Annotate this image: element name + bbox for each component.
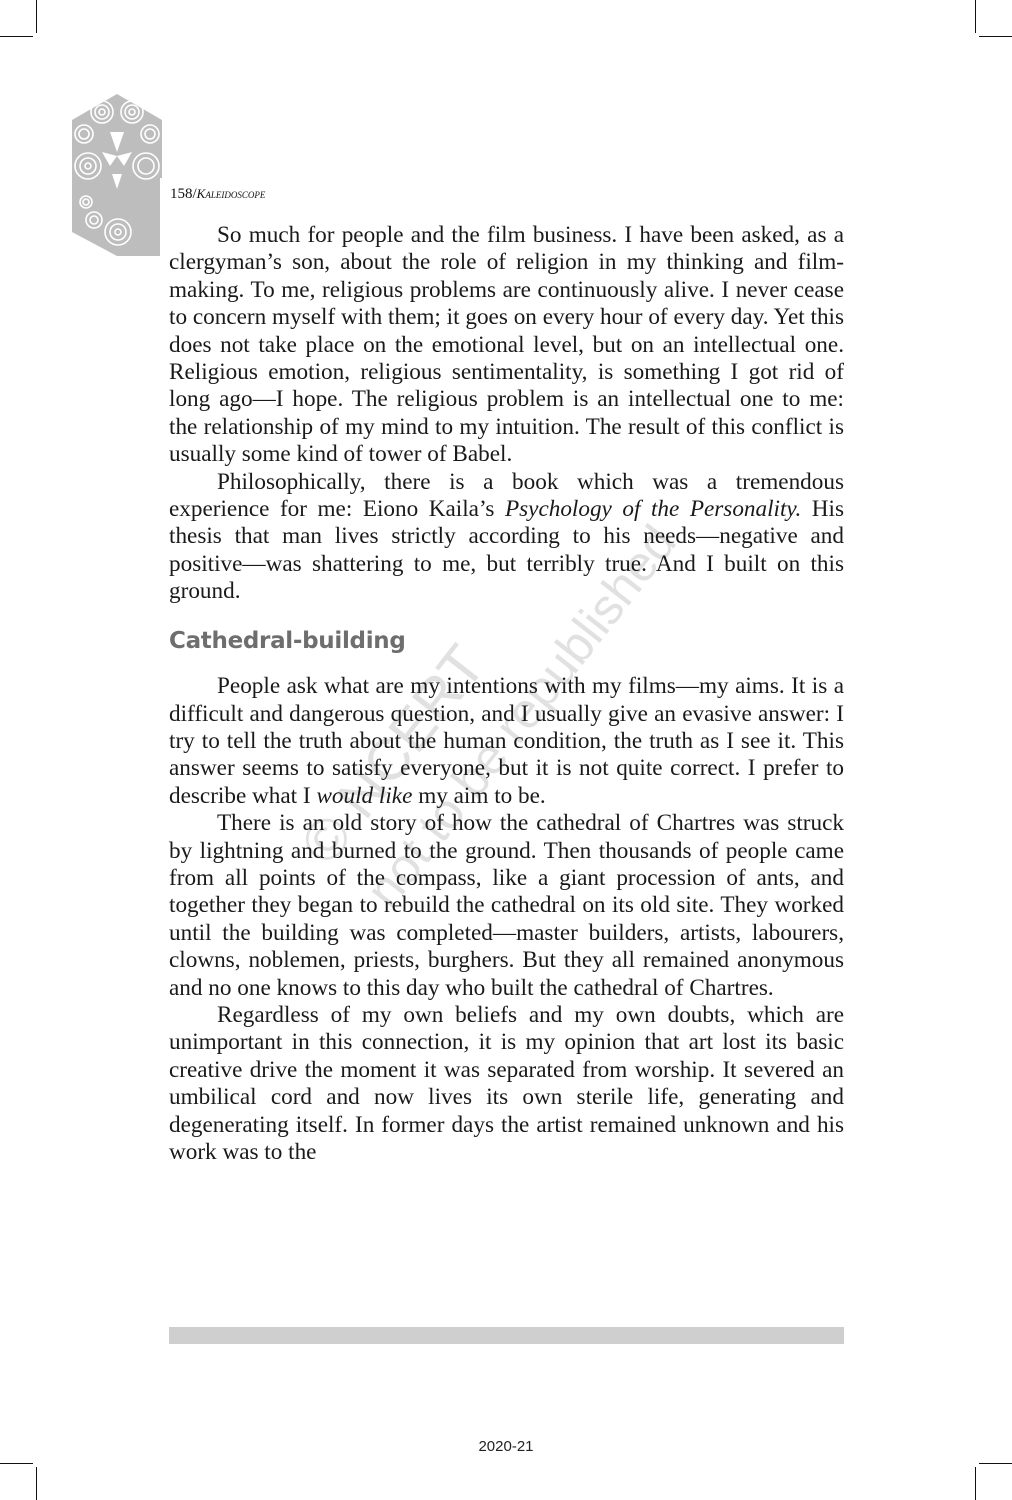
running-header: 158/Kaleidoscope — [170, 186, 265, 203]
crop-mark-top-left-v — [36, 0, 37, 33]
page-number: 158/ — [170, 186, 197, 202]
crop-mark-bottom-right-h — [979, 1463, 1012, 1464]
paragraph-philosophy: Philosophically, there is a book which w… — [169, 469, 844, 606]
footer-divider-bar — [169, 1327, 844, 1344]
crop-mark-top-right-v — [975, 0, 976, 33]
book-title-italic: Psychology of the Personality. — [505, 496, 801, 522]
crop-mark-top-right-h — [979, 36, 1012, 37]
paragraph-religion: So much for people and the film business… — [169, 222, 844, 469]
crop-mark-bottom-right-v — [975, 1467, 976, 1500]
footer-year: 2020-21 — [0, 1438, 1012, 1455]
paragraph-worship: Regardless of my own beliefs and my own … — [169, 1002, 844, 1166]
kaleidoscope-logo-icon — [72, 94, 162, 256]
section-heading: Cathedral-building — [169, 628, 844, 655]
page-body: So much for people and the film business… — [169, 222, 844, 1166]
book-title: Kaleidoscope — [197, 186, 266, 201]
paragraph-chartres: There is an old story of how the cathedr… — [169, 810, 844, 1002]
crop-mark-top-left-h — [0, 36, 33, 37]
crop-mark-bottom-left-h — [0, 1463, 33, 1464]
paragraph-intentions: People ask what are my intentions with m… — [169, 673, 844, 810]
emphasis-italic: would like — [316, 783, 412, 809]
paragraph-text: my aim to be. — [412, 783, 545, 809]
crop-mark-bottom-left-v — [36, 1467, 37, 1500]
